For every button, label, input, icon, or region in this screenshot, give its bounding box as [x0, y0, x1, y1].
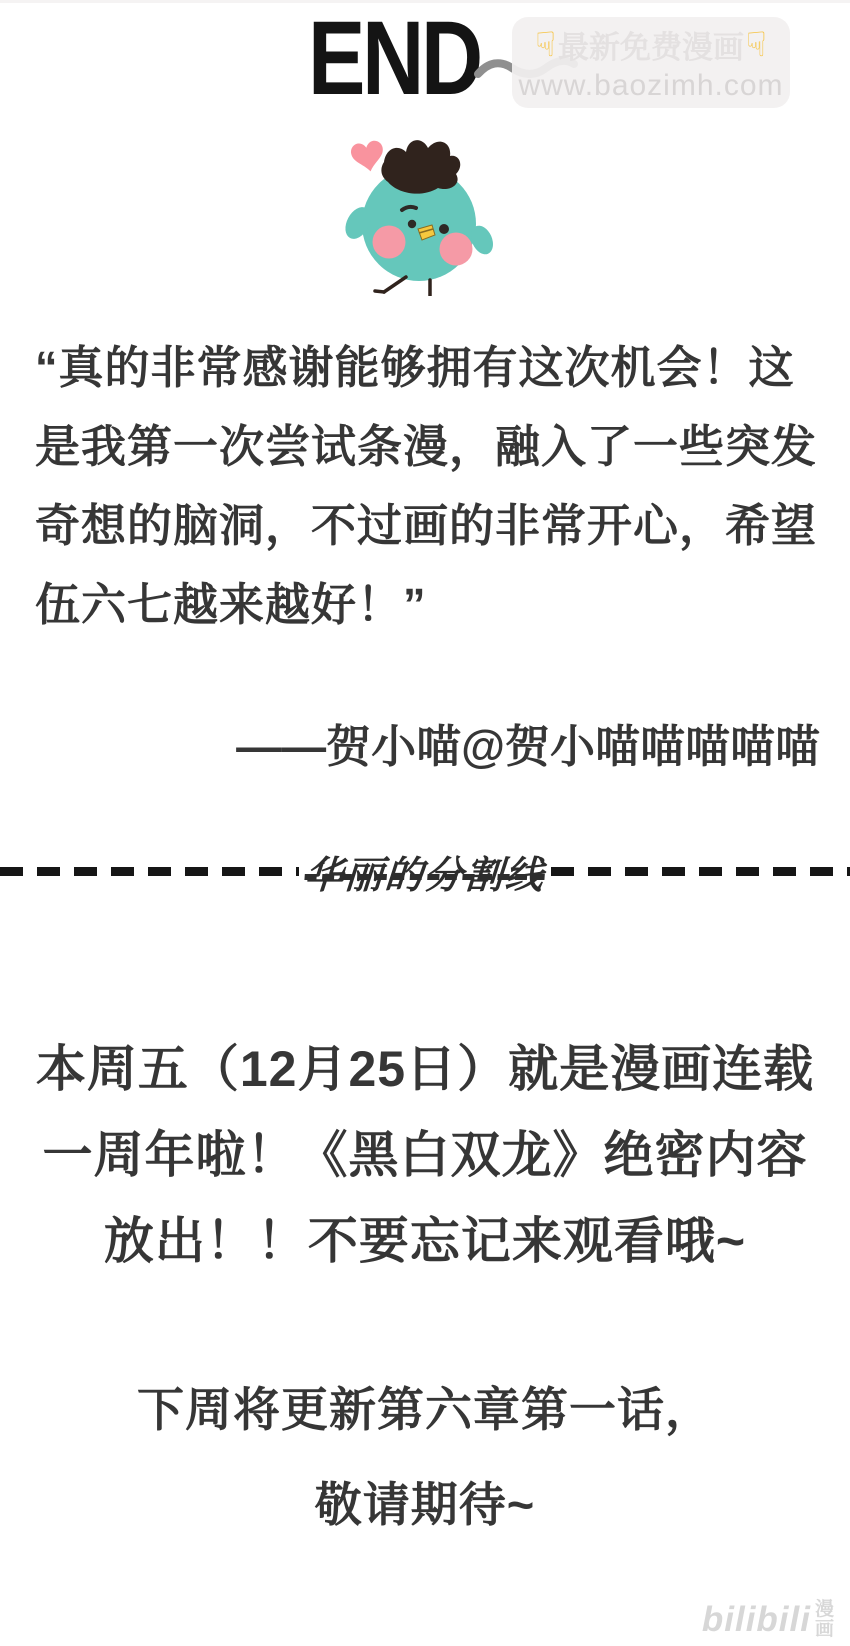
site-watermark: ☟ 最新免费漫画 ☟ www.baozimh.com: [512, 17, 790, 108]
end-mark: END: [308, 6, 480, 111]
announcement-line: 一周年啦！《黑白双龙》绝密内容: [0, 1112, 850, 1198]
author-quote: “真的非常感谢能够拥有这次机会！这 是我第一次尝试条漫，融入了一些突发 奇想的脑…: [35, 328, 825, 644]
bilibili-wordmark: bilibili: [702, 1600, 811, 1640]
manga-vertical-label: 漫 画: [815, 1600, 834, 1640]
chick-mascot: [322, 128, 517, 296]
chick-comb: [381, 140, 460, 194]
quote-attribution: ——贺小喵@贺小喵喵喵喵喵: [30, 710, 820, 775]
next-update-notice: 下周将更新第六章第一话， 敬请期待~: [0, 1362, 850, 1552]
watermark-url: www.baozimh.com: [518, 69, 783, 103]
quote-line: 伍六七越来越好！”: [35, 565, 825, 644]
divider-dashes-right: [551, 867, 850, 876]
divider-label: 华丽的分割线: [297, 844, 553, 899]
quote-line: 是我第一次尝试条漫，融入了一些突发: [35, 407, 825, 486]
announcement-line: 本周五（12月25日）就是漫画连载: [0, 1026, 850, 1112]
quote-line: “真的非常感谢能够拥有这次机会！这: [35, 328, 825, 407]
anniversary-announcement: 本周五（12月25日）就是漫画连载 一周年啦！《黑白双龙》绝密内容 放出！！不要…: [0, 1026, 850, 1284]
watermark-text: 最新免费漫画: [558, 22, 744, 67]
pointing-down-hand-icon: ☟: [535, 28, 556, 62]
section-divider: 华丽的分割线: [0, 840, 850, 902]
comic-end-page: END ☟ 最新免费漫画 ☟ www.baozimh.com: [0, 0, 850, 1646]
announcement-line: 放出！！不要忘记来观看哦~: [0, 1198, 850, 1284]
divider-dashes-left: [0, 867, 299, 876]
quote-line: 奇想的脑洞，不过画的非常开心，希望: [35, 486, 825, 565]
chick-legs: [375, 277, 439, 296]
next-update-line: 下周将更新第六章第一话，: [0, 1362, 850, 1457]
bilibili-manga-logo: bilibili 漫 画: [702, 1600, 834, 1640]
pointing-down-hand-icon: ☟: [746, 28, 767, 62]
watermark-line1: ☟ 最新免费漫画 ☟: [535, 22, 766, 67]
heart-icon: [350, 139, 387, 174]
next-update-line: 敬请期待~: [0, 1457, 850, 1552]
